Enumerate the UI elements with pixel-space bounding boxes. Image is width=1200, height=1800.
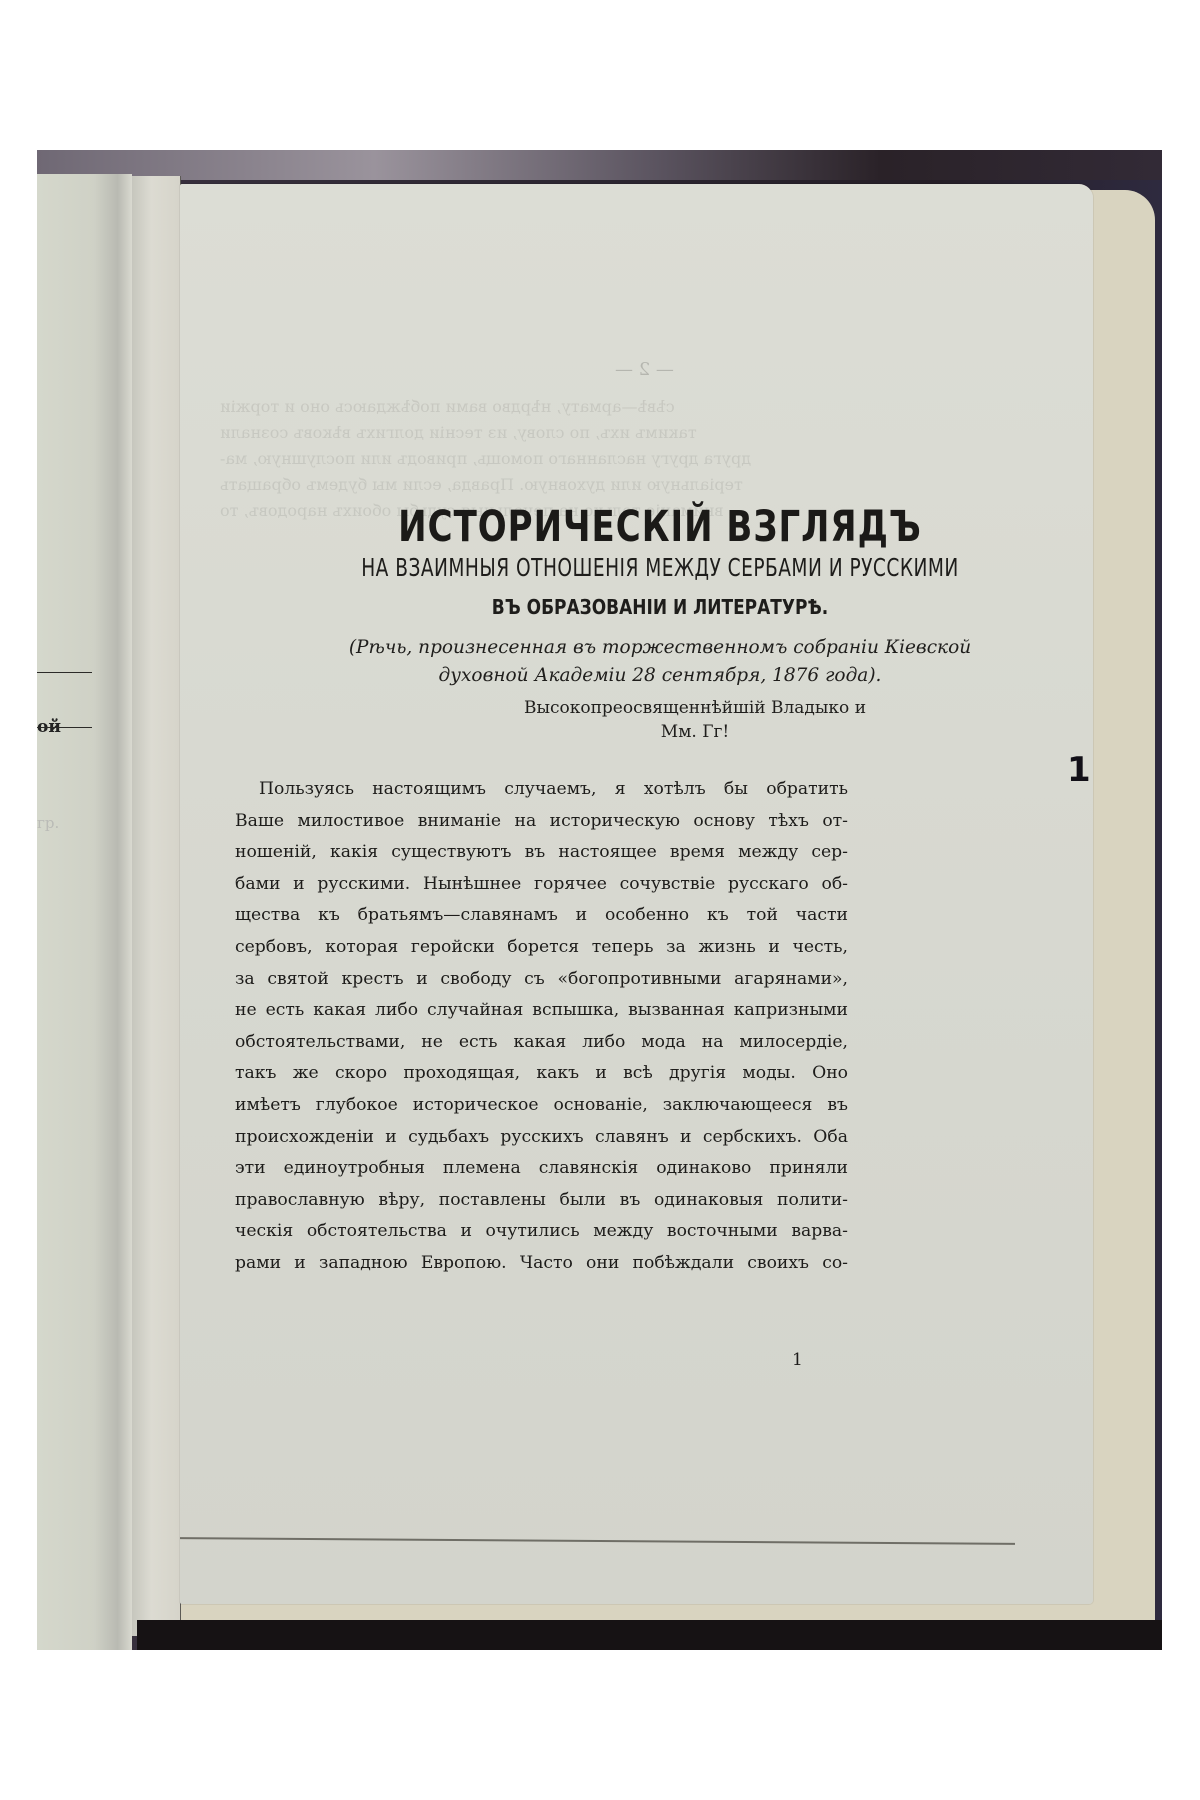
document-subtitle: НА ВЗАИМНЫЯ ОТНОШЕНІЯ МЕЖДУ СЕРБАМИ И РУ… — [358, 552, 963, 582]
body-line: ческія обстоятельства и очутились между … — [235, 1216, 848, 1248]
body-text: Пользуясь настоящимъ случаемъ, я хотѣлъ … — [235, 774, 848, 1280]
salutation-line-1: Высокопреосвященнѣйшій Владыко и — [405, 696, 985, 720]
left-page-remnant: ой гр. — [37, 174, 132, 1650]
signature-mark: 1 — [792, 1350, 803, 1370]
body-line: Пользуясь настоящимъ случаемъ, я хотѣлъ … — [235, 774, 848, 806]
document-photo: ой гр. — 2 — сѣвѣ—армату, нѣрдво вами по… — [37, 150, 1162, 1650]
body-line: рами и западною Европою. Часто они побѣж… — [235, 1248, 848, 1280]
bleed-through-text: сѣвѣ—армату, нѣрдво вами побѣждаюсь оно … — [220, 394, 675, 420]
left-page-ghost-text: гр. — [37, 814, 59, 832]
body-line: не есть какая либо случайная вспышка, вы… — [235, 995, 848, 1027]
body-line: ношеній, какія существуютъ въ настоящее … — [235, 837, 848, 869]
bleed-through-text: такимъ ихъ, по слову, из тесніи долгихъ … — [220, 420, 697, 446]
body-line: православную вѣру, поставлены были въ од… — [235, 1185, 848, 1217]
body-line: эти единоутробныя племена славянскія оди… — [235, 1153, 848, 1185]
body-line: обстоятельствами, не есть какая либо мод… — [235, 1027, 848, 1059]
book-spine-fold — [132, 176, 181, 1636]
occasion-line-2: духовной Академіи 28 сентября, 1876 года… — [335, 662, 985, 690]
main-page: — 2 — сѣвѣ—армату, нѣрдво вами побѣждаюс… — [180, 184, 1093, 1604]
bleed-through-page-number: — 2 — — [615, 359, 674, 380]
handwritten-margin-number: 1 — [1067, 750, 1091, 790]
occasion-line-1: (Рѣчь, произнесенная въ торжественномъ с… — [335, 634, 985, 662]
bleed-through-text: теріальную или духовную. Правда, если мы… — [220, 472, 743, 498]
body-line: бами и русскими. Нынѣшнее горячее сочувс… — [235, 869, 848, 901]
salutation: Высокопреосвященнѣйшій Владыко и Мм. Гг! — [335, 696, 985, 744]
document-title: ИСТОРИЧЕСКІЙ ВЗГЛЯДЪ — [335, 502, 985, 552]
body-line: Ваше милостивое вниманіе на историческую… — [235, 806, 848, 838]
body-line: такъ же скоро проходящая, какъ и всѣ дру… — [235, 1058, 848, 1090]
document-subtitle-secondary: ВЪ ОБРАЗОВАНІИ И ЛИТЕРАТУРѢ. — [335, 596, 985, 620]
wood-surface-top — [37, 150, 1162, 180]
left-page-rule-bottom — [37, 727, 92, 728]
body-line: имѣетъ глубокое историческое основаніе, … — [235, 1090, 848, 1122]
body-line: за святой крестъ и свободу съ «богопроти… — [235, 964, 848, 996]
body-line: сербовъ, которая геройски борется теперь… — [235, 932, 848, 964]
salutation-line-2: Мм. Гг! — [405, 720, 985, 744]
speech-occasion: (Рѣчь, произнесенная въ торжественномъ с… — [335, 634, 985, 690]
bleed-through-text: друга другу насланнаго помощь, приводъ и… — [220, 446, 751, 472]
wood-surface-bottom — [137, 1620, 1162, 1650]
left-page-rule-top — [37, 672, 92, 673]
body-line: происхожденіи и судьбахъ русскихъ славян… — [235, 1122, 848, 1154]
body-line: щества къ братьямъ—славянамъ и особенно … — [235, 900, 848, 932]
